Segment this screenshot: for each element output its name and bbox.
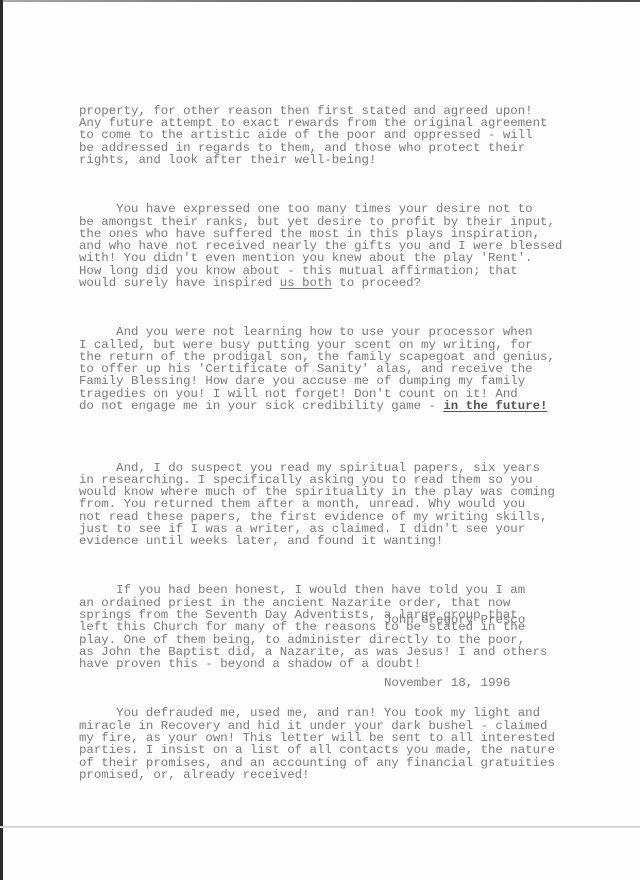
- letter-date: November 18, 1996: [384, 676, 510, 690]
- paragraph-4: And, I do suspect you read my spiritual …: [79, 462, 619, 548]
- emphasized-phrase-in-the-future: in the future!: [443, 399, 547, 413]
- line: do not engage me in your sick credibilit…: [79, 399, 443, 413]
- underlined-phrase-us-both: us both: [280, 276, 332, 290]
- paragraph-5: If you had been honest, I would then hav…: [79, 584, 619, 670]
- scan-speck: [377, 603, 379, 605]
- scan-left-edge: [0, 0, 3, 880]
- line: promised, or, already received!: [79, 768, 310, 782]
- paragraph-2: You have expressed one too many times yo…: [79, 203, 619, 289]
- line: rights, and look after their well-being!: [79, 153, 376, 167]
- line: to proceed?: [332, 276, 421, 290]
- line: evidence until weeks later, and found it…: [79, 534, 443, 548]
- line: would surely have inspired: [79, 276, 280, 290]
- scanned-letter-page: property, for other reason then first st…: [0, 0, 640, 880]
- paragraph-1: property, for other reason then first st…: [79, 105, 619, 166]
- line: have proven this - beyond a shadow of a …: [79, 657, 421, 671]
- scan-top-edge: [0, 0, 640, 2]
- paragraph-6: You defrauded me, used me, and ran! You …: [79, 707, 619, 781]
- letter-body: property, for other reason then first st…: [79, 68, 619, 806]
- paragraph-3: And you were not learning how to use you…: [79, 326, 619, 412]
- signature: John Gregory Presco: [384, 613, 525, 627]
- page-bottom-edge-line: [0, 826, 640, 828]
